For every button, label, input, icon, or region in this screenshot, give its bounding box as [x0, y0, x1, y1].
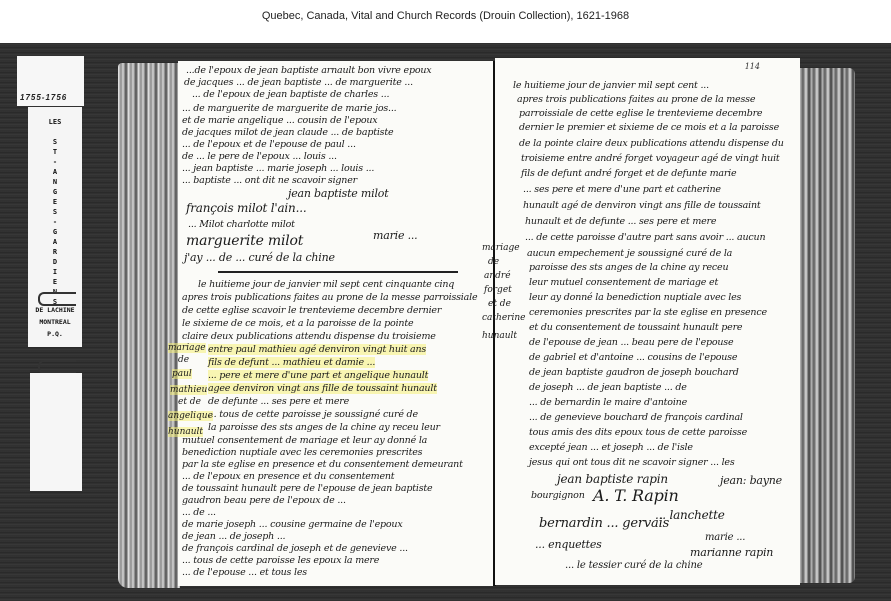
handwritten-line: tous amis des dits epoux tous de cette p… [529, 427, 747, 438]
signature: ... Milot charlotte milot [188, 219, 295, 230]
handwritten-line: hunault agé de denviron vingt ans fille … [523, 200, 761, 211]
margin-note: hunault [482, 331, 517, 341]
margin-note: paul [172, 369, 192, 379]
divider-line [218, 271, 458, 273]
handwritten-line: leur ay donné la benediction nuptiale av… [529, 292, 741, 303]
margin-note: andré [484, 271, 511, 281]
margin-note: forget [484, 285, 512, 295]
handwritten-line: paroisse des sts anges de la chine ay re… [529, 262, 728, 273]
handwritten-line: de gabriel et d'antoine ... cousins de l… [529, 352, 737, 363]
handwritten-line: de la pointe claire deux publications at… [519, 138, 784, 149]
date-range-label: 1755-1756 [17, 56, 84, 106]
handwritten-line: benediction nuptiale avec les ceremonies… [182, 447, 422, 458]
margin-note: angelique [168, 411, 213, 421]
handwritten-line-highlighted: ... pere et mere d'une part et angelique… [208, 370, 428, 381]
handwritten-line: par la ste eglise en presence et du cons… [182, 459, 463, 470]
blank-label [30, 373, 82, 491]
scanned-document-image: 1755-1756 LES S T - A N G E S - G A R D … [0, 43, 891, 601]
handwritten-line: ... ses pere et mere d'une part et cathe… [523, 184, 721, 195]
margin-note: hunault [168, 427, 203, 437]
handwritten-line: la paroisse des sts anges de la chine ay… [208, 422, 440, 433]
handwritten-line: de marie joseph ... cousine germaine de … [182, 519, 403, 530]
handwritten-line: de françois cardinal de joseph et de gen… [182, 543, 408, 554]
signature: bourgignon [531, 490, 585, 501]
margin-note: et de [488, 299, 511, 309]
handwritten-line: et du consentement de toussaint hunault … [529, 322, 742, 333]
handwritten-line: de jean baptiste gaudron de joseph bouch… [529, 367, 739, 378]
handwritten-line: et de marie angelique ... cousin de l'ep… [182, 115, 377, 126]
handwritten-line: ... baptiste ... ont dit ne scavoir sign… [182, 175, 357, 186]
location-line-3: P.Q. [28, 328, 82, 340]
signature: ... enquettes [535, 538, 602, 551]
handwritten-line: mutuel consentement de mariage et leur a… [182, 435, 427, 446]
location-line-2: MONTREAL [28, 316, 82, 328]
handwritten-line: de ... le pere de l'epoux ... louis ... [182, 151, 337, 162]
book-edge-right [800, 68, 855, 583]
signature: marie ... [705, 532, 745, 543]
handwritten-line: ... de genevieve bouchard de françois ca… [529, 412, 743, 423]
handwritten-line: le huitieme jour de janvier mil sept cen… [198, 279, 454, 290]
handwritten-line: de joseph ... de jean baptiste ... de [529, 382, 687, 393]
handwritten-line: ... de l'epoux et de l'epouse de paul ..… [182, 139, 356, 150]
handwritten-line: de jacques milot de jean claude ... de b… [182, 127, 393, 138]
signature: françois milot l'ain... [186, 201, 306, 215]
handwritten-line: apres trois publications faites au prone… [182, 292, 477, 303]
left-page: ...de l'epoux de jean baptiste arnault b… [178, 61, 496, 586]
handwritten-line: claire deux publications attendu dispens… [182, 331, 436, 342]
handwritten-line: ceremonies prescrites par la ste eglise … [529, 307, 767, 318]
handwritten-line: de jean ... de joseph ... [182, 531, 285, 542]
handwritten-line: ... de marguerite de marguerite de marie… [182, 103, 397, 114]
handwritten-line: de jacques ... de jean baptiste ... de m… [184, 77, 413, 88]
margin-note: de [488, 257, 499, 267]
handwritten-line: troisieme entre andré forget voyageur ag… [521, 153, 780, 164]
margin-note: et de [178, 397, 201, 407]
parish-location: DE LACHINE MONTREAL P.Q. [28, 304, 82, 340]
handwritten-line: jesus qui ont tous dit ne scavoir signer… [529, 457, 735, 468]
handwritten-line: ... de bernardin le maire d'antoine [529, 397, 687, 408]
margin-note: catherine [482, 313, 525, 323]
handwritten-line: leur mutuel consentement de mariage et [529, 277, 718, 288]
handwritten-line: ... tous de cette paroisse je soussigné … [208, 409, 418, 420]
handwritten-line: ... de l'epouse ... et tous les [182, 567, 307, 578]
handwritten-line: ... de l'epoux en presence et du consent… [182, 471, 394, 482]
handwritten-line: de l'epouse de jean ... beau pere de l'e… [529, 337, 733, 348]
handwritten-line: ... jean baptiste ... marie joseph ... l… [182, 163, 374, 174]
handwritten-line: de cette eglise scavoir le trentevieme d… [182, 305, 441, 316]
signature: jean baptiste milot [288, 187, 388, 200]
handwritten-line-highlighted: agee denviron vingt ans fille de toussai… [208, 383, 437, 394]
page-title: Quebec, Canada, Vital and Church Records… [0, 10, 891, 22]
margin-note: mariage [482, 243, 520, 253]
handwritten-line: ... tous de cette paroisse les epoux la … [182, 555, 379, 566]
margin-note: de [178, 355, 189, 365]
signature: ... le tessier curé de la chine [565, 560, 702, 571]
paperclip-icon [38, 360, 76, 374]
date-range-text: 1755-1756 [20, 93, 67, 102]
signature: j'ay ... de ... curé de la chine [184, 251, 335, 264]
handwritten-line: ... de ... [182, 507, 216, 518]
handwritten-line: le sixieme de ce mois, et a la paroisse … [182, 318, 413, 329]
location-line-1: DE LACHINE [28, 304, 82, 316]
signature: jean baptiste rapin [557, 472, 668, 486]
handwritten-line: de toussaint hunault pere de l'epouse de… [182, 483, 432, 494]
handwritten-line-highlighted: entre paul mathieu agé denviron vingt hu… [208, 344, 426, 355]
signature: marianne rapin [690, 546, 773, 559]
handwritten-line: ... de cette paroisse d'autre part sans … [525, 232, 765, 243]
handwritten-line: hunault et de defunte ... ses pere et me… [525, 216, 716, 227]
handwritten-line: le huitieme jour de janvier mil sept cen… [513, 80, 709, 91]
margin-note: mariage [168, 343, 206, 353]
signature: bernardin ... gervais [539, 516, 669, 531]
signature: A. T. Rapin [593, 486, 679, 505]
right-page: 114 le huitieme jour de janvier mil sept… [495, 58, 800, 585]
handwritten-line-highlighted: fils de defunt ... mathieu et damie ... [208, 357, 375, 368]
page-number: 114 [745, 62, 760, 71]
parish-label-strip: LES S T - A N G E S - G A R D I E N S DE… [28, 107, 82, 347]
handwritten-line: de defunte ... ses pere et mere [208, 396, 349, 407]
parish-name-text: LES S T - A N G E S - G A R D I E N S [28, 117, 82, 307]
handwritten-line: fils de defunt andré forget et de defunt… [521, 168, 736, 179]
handwritten-line: aucun empechement je soussigné curé de l… [527, 248, 732, 259]
signature: marguerite milot [186, 233, 303, 249]
signature: jean: bayne [720, 474, 782, 487]
handwritten-line: apres trois publications faites au prone… [517, 94, 755, 105]
handwritten-line: ... de l'epoux de jean baptiste de charl… [192, 89, 389, 100]
handwritten-line: ...de l'epoux de jean baptiste arnault b… [186, 65, 431, 76]
signature: ... lanchette [655, 508, 725, 522]
book-edge-left [118, 63, 180, 588]
handwritten-line: excepté jean ... et joseph ... de l'isle [529, 442, 693, 453]
signature: marie ... [373, 229, 417, 242]
handwritten-line: gaudron beau pere de l'epoux de ... [182, 495, 346, 506]
handwritten-line: parroissiale de cette eglise le trentevi… [519, 108, 762, 119]
handwritten-line: dernier le premier et sixieme de ce mois… [519, 122, 779, 133]
margin-note: mathieu [170, 385, 207, 395]
